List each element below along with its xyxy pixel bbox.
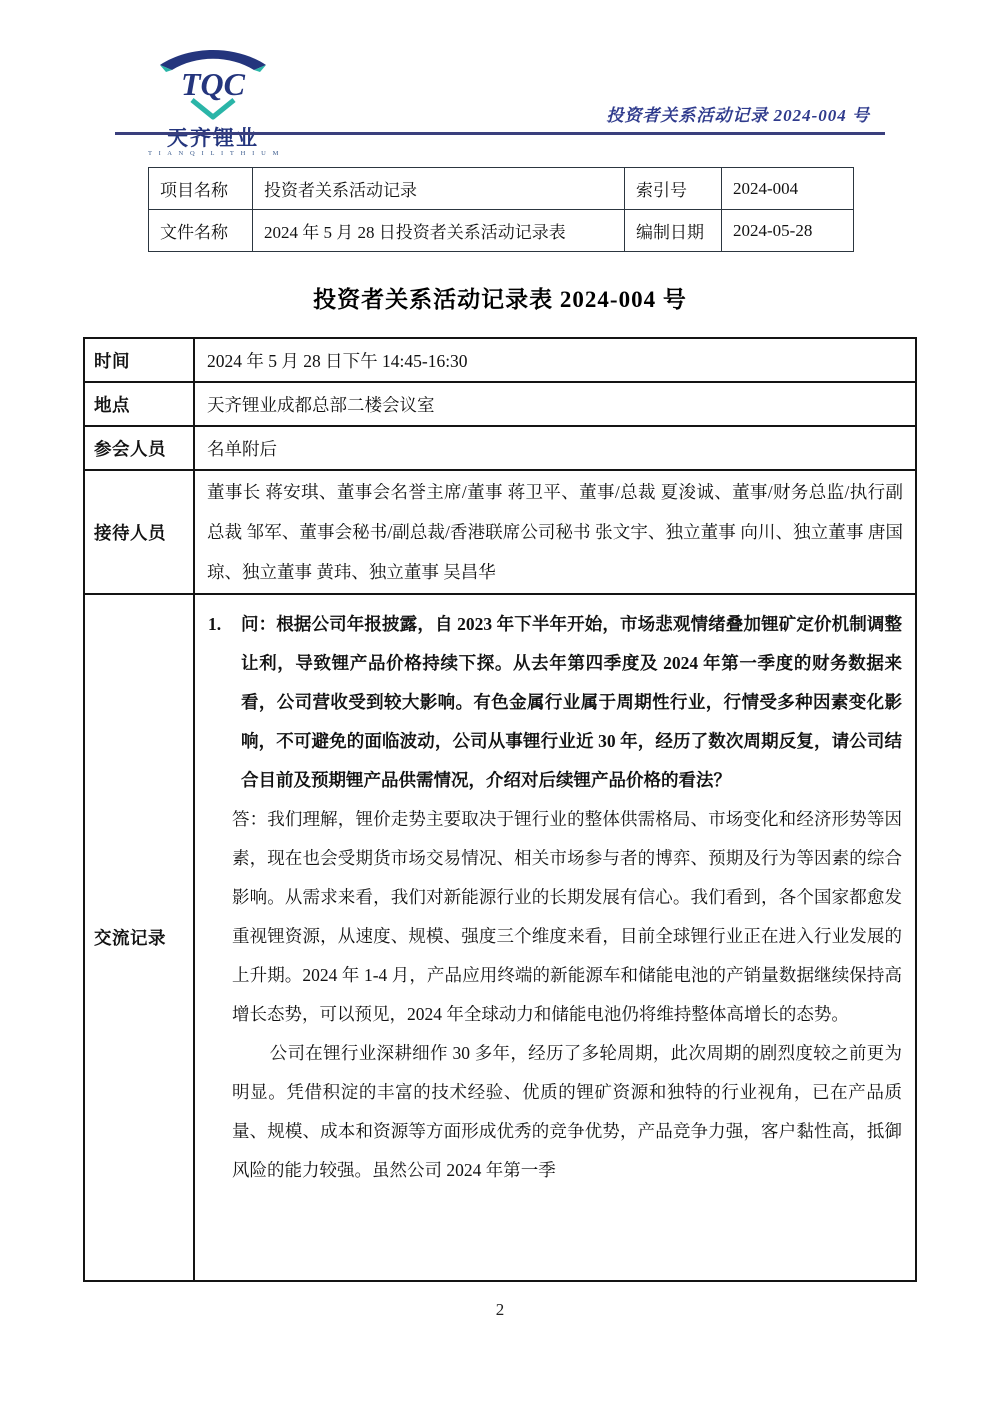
page-title: 投资者关系活动记录表 2024-004 号 <box>0 281 1000 314</box>
question-item: 1. 问：根据公司年报披露，自 2023 年下半年开始，市场悲观情绪叠加锂矿定价… <box>208 605 902 800</box>
time-label: 时间 <box>84 338 194 382</box>
location-value: 天齐锂业成都总部二楼会议室 <box>194 382 916 426</box>
table-row-time: 时间 2024 年 5 月 28 日下午 14:45-16:30 <box>84 338 916 382</box>
exchange-record-content: 1. 问：根据公司年报披露，自 2023 年下半年开始，市场悲观情绪叠加锂矿定价… <box>194 594 916 1281</box>
time-value: 2024 年 5 月 28 日下午 14:45-16:30 <box>194 338 916 382</box>
activity-record-table: 时间 2024 年 5 月 28 日下午 14:45-16:30 地点 天齐锂业… <box>83 337 917 1282</box>
logo-acronym: TQC <box>181 66 246 102</box>
table-row-exchange-record: 交流记录 1. 问：根据公司年报披露，自 2023 年下半年开始，市场悲观情绪叠… <box>84 594 916 1281</box>
header-rule <box>115 132 885 135</box>
document-info-table: 项目名称 投资者关系活动记录 索引号 2024-004 文件名称 2024 年 … <box>148 167 854 252</box>
compile-date-label: 编制日期 <box>625 210 722 252</box>
header-doc-reference: 投资者关系活动记录 2024-004 号 <box>606 101 870 126</box>
logo-company-name-en: T I A N Q I L I T H I U M <box>148 149 278 158</box>
page-number: 2 <box>0 1300 1000 1320</box>
location-label: 地点 <box>84 382 194 426</box>
info-row-file: 文件名称 2024 年 5 月 28 日投资者关系活动记录表 编制日期 2024… <box>149 210 854 252</box>
hosts-label: 接待人员 <box>84 470 194 594</box>
table-row-attendees: 参会人员 名单附后 <box>84 426 916 470</box>
attendees-label: 参会人员 <box>84 426 194 470</box>
file-name-label: 文件名称 <box>149 210 253 252</box>
table-row-location: 地点 天齐锂业成都总部二楼会议室 <box>84 382 916 426</box>
document-page: TQC 天齐锂业 T I A N Q I L I T H I U M 投资者关系… <box>0 0 1000 1414</box>
qa-block: 1. 问：根据公司年报披露，自 2023 年下半年开始，市场悲观情绪叠加锂矿定价… <box>208 605 902 1190</box>
info-row-project: 项目名称 投资者关系活动记录 索引号 2024-004 <box>149 168 854 210</box>
answer-paragraph-2: 公司在锂行业深耕细作 30 多年，经历了多轮周期，此次周期的剧烈度较之前更为明显… <box>232 1034 902 1190</box>
answer-paragraph-1: 答：我们理解，锂价走势主要取决于锂行业的整体供需格局、市场变化和经济形势等因素，… <box>232 800 902 1034</box>
compile-date-value: 2024-05-28 <box>722 210 854 252</box>
project-name-label: 项目名称 <box>149 168 253 210</box>
hosts-value: 董事长 蒋安琪、董事会名誉主席/董事 蒋卫平、董事/总裁 夏浚诚、董事/财务总监… <box>194 470 916 594</box>
attendees-value: 名单附后 <box>194 426 916 470</box>
table-row-hosts: 接待人员 董事长 蒋安琪、董事会名誉主席/董事 蒋卫平、董事/总裁 夏浚诚、董事… <box>84 470 916 594</box>
exchange-record-label: 交流记录 <box>84 594 194 1281</box>
index-number-value: 2024-004 <box>722 168 854 210</box>
file-name-value: 2024 年 5 月 28 日投资者关系活动记录表 <box>253 210 625 252</box>
project-name-value: 投资者关系活动记录 <box>253 168 625 210</box>
index-number-label: 索引号 <box>625 168 722 210</box>
question-number: 1. <box>208 605 241 800</box>
logo-company-name: 天齐锂业 <box>148 127 278 149</box>
question-text: 问：根据公司年报披露，自 2023 年下半年开始，市场悲观情绪叠加锂矿定价机制调… <box>241 605 902 800</box>
company-logo: TQC 天齐锂业 T I A N Q I L I T H I U M <box>148 48 278 158</box>
tqc-logo-icon: TQC <box>150 48 276 122</box>
